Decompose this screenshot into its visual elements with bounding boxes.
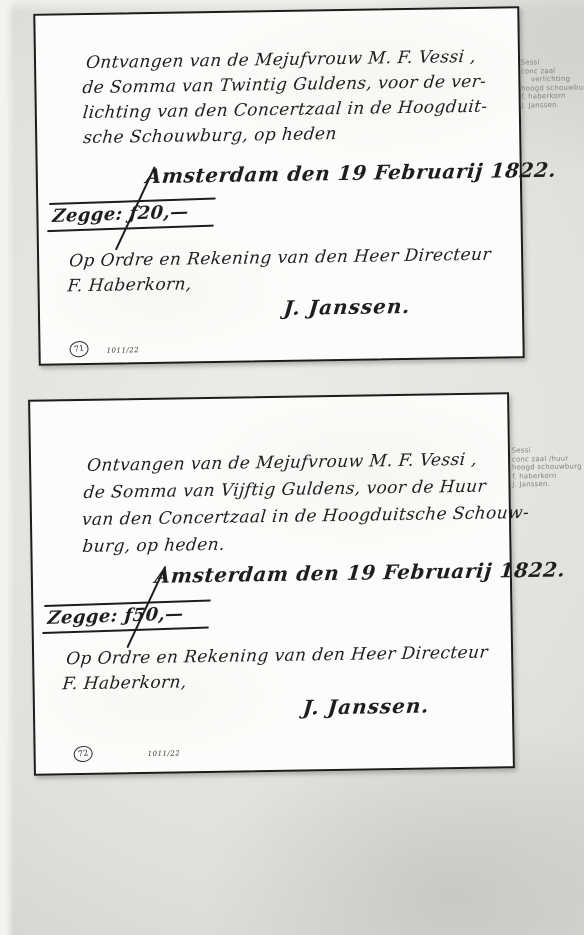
receipt-1-director: F. Haberkorn, — [67, 274, 193, 296]
margin-note-line: hoogd schouwburg — [512, 462, 582, 472]
receipt-2-body-line: Ontvangen van de Mejufvrouw M. F. Vessi … — [86, 450, 478, 476]
receipt-1-amount: Zegge: ƒ20,— — [47, 198, 215, 233]
receipt-1-folio-stamp: 71 — [68, 340, 89, 359]
receipt-card-2: Ontvangen van de Mejufvrouw M. F. Vessi … — [28, 392, 515, 776]
receipt-1-body-line: de Somma van Twintig Guldens, voor de ve… — [82, 72, 488, 98]
receipt-2-body-line: de Somma van Vijftig Guldens, voor de Hu… — [83, 477, 487, 503]
receipt-2-body-line: burg, op heden. — [82, 535, 226, 557]
margin-note-2: Sessi conc zaal /huur hoogd schouwburg f… — [512, 445, 583, 489]
scanned-album-page: { "page": { "background_color": "#e4e3df… — [0, 0, 584, 935]
margin-note-1: Sessi conc zaal verlichting hoogd schouw… — [521, 57, 584, 109]
receipt-2-body-line: van den Concertzaal in de Hoogduitsche S… — [81, 503, 530, 530]
receipt-1-archive-ref: 1011/22 — [107, 346, 140, 355]
receipt-2-amount: Zegge: ƒ50,— — [42, 600, 210, 635]
receipt-1-body-line: sche Schouwburg, op heden — [82, 124, 337, 148]
margin-note-line: J. Janssen. — [512, 479, 582, 489]
receipt-2-signature: J. Janssen. — [302, 694, 431, 720]
receipt-1-order-line: Op Ordre en Rekening van den Heer Direct… — [68, 245, 492, 272]
receipt-1-body-line: Ontvangen van de Mejufvrouw M. F. Vessi … — [85, 47, 477, 73]
receipt-2-order-line: Op Ordre en Rekening van den Heer Direct… — [65, 643, 489, 670]
margin-note-line: J. Janssen. — [521, 100, 584, 110]
receipt-2-archive-ref: 1011/22 — [148, 749, 181, 758]
receipt-1-body-line: lichting van den Concertzaal in de Hoogd… — [82, 97, 489, 123]
receipt-1-dateline: Amsterdam den 19 Februarij 1822. — [145, 158, 558, 188]
receipt-2-dateline: Amsterdam den 19 Februarij 1822. — [154, 557, 567, 587]
receipt-2-folio-stamp: 72 — [73, 745, 94, 764]
receipt-1-signature: J. Janssen. — [283, 294, 412, 320]
receipt-card-1: Ontvangen van de Mejufvrouw M. F. Vessi … — [33, 6, 524, 366]
receipt-2-director: F. Haberkorn, — [62, 672, 188, 694]
